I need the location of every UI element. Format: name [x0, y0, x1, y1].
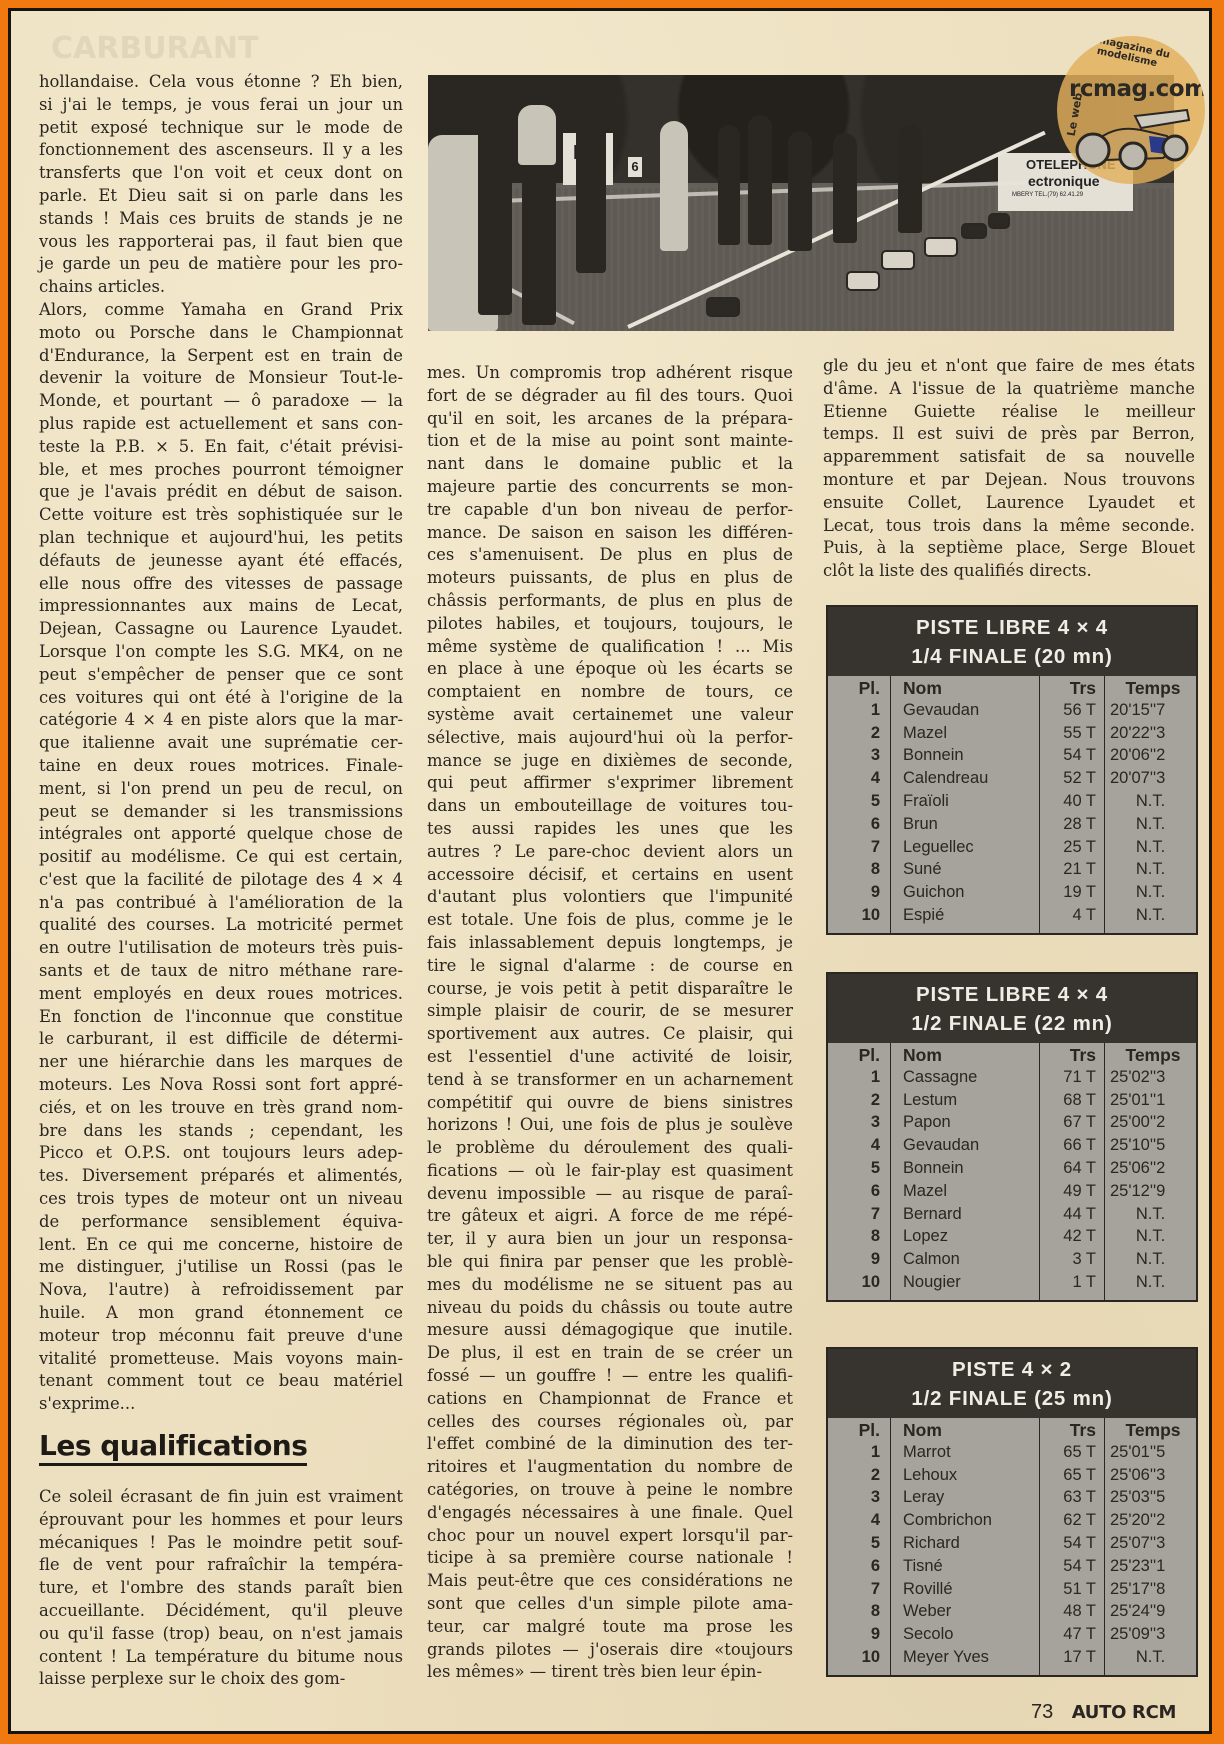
text-line: Alors, comme Yamaha en Grand Prix	[39, 299, 403, 322]
table-row: 10Nougier1 TN.T.	[828, 1271, 1196, 1300]
text-line: course, je vois petit à petit disparaîtr…	[427, 978, 793, 1001]
table-row: 3Papon67 T25'00''2	[828, 1112, 1196, 1135]
text-line: cations en Championnat de France et	[427, 1388, 793, 1411]
table-title-line-1: PISTE 4 × 2	[828, 1355, 1196, 1384]
text-line: En fonction de l'inconnue que constitue	[39, 1006, 403, 1029]
time-cell: 20'06''2	[1105, 745, 1197, 768]
time-cell: N.T.	[1105, 1271, 1197, 1300]
table-row: 8Lopez42 TN.T.	[828, 1226, 1196, 1249]
column-header: Pl.	[828, 676, 891, 699]
time-cell: N.T.	[1105, 904, 1197, 933]
table-row: 3Bonnein54 T20'06''2	[828, 745, 1196, 768]
laps-cell: 68 T	[1040, 1089, 1105, 1112]
text-line: devenu impossible — au risque de paraî-	[427, 1183, 793, 1206]
text-line: Lorsque l'on compte les S.G. MK4, on ne	[39, 641, 403, 664]
table-row: 5Bonnein64 T25'06''2	[828, 1157, 1196, 1180]
text-line: ces voitures qui ont été à l'origine de …	[39, 687, 403, 710]
place-cell: 9	[828, 881, 891, 904]
text-line: ces s'amenuisent. De plus en plus de	[427, 544, 793, 567]
name-cell: Calmon	[891, 1248, 1040, 1271]
table-title-line-2: 1/2 FINALE (22 mn)	[828, 1009, 1196, 1038]
name-cell: Leguellec	[891, 836, 1040, 859]
table-row: 7Leguellec25 TN.T.	[828, 836, 1196, 859]
text-line: Dejean, Cassagne ou Laurence Lyaudet.	[39, 618, 403, 641]
place-cell: 10	[828, 904, 891, 933]
rc-car	[706, 297, 740, 317]
rc-car	[924, 237, 958, 257]
laps-cell: 25 T	[1040, 836, 1105, 859]
place-cell: 7	[828, 1203, 891, 1226]
text-line: dans un embouteillage de voitures tou-	[427, 795, 793, 818]
photo-person	[478, 115, 512, 315]
text-line: devenir la voiture de Monsieur Tout-le-	[39, 367, 403, 390]
table-row: 9Secolo47 T25'09''3	[828, 1623, 1196, 1646]
text-line: sants et de taux de nitro méthane rare-	[39, 960, 403, 983]
table-row: 6Brun28 TN.T.	[828, 813, 1196, 836]
place-cell: 2	[828, 1464, 891, 1487]
text-line: ture, et l'ombre des stands paraît bien	[39, 1577, 403, 1600]
name-cell: Mazel	[891, 1180, 1040, 1203]
column-header: Trs	[1040, 676, 1105, 699]
results-grid: Pl.NomTrsTemps1Cassagne71 T25'02''32Lest…	[828, 1043, 1196, 1300]
laps-cell: 52 T	[1040, 767, 1105, 790]
text-line: moteurs. Les Nova Rossi sont fort appré-	[39, 1074, 403, 1097]
text-line: apparemment satisfait de sa nouvelle	[823, 446, 1195, 469]
text-line: catégories, on trouve à peine le nombre	[427, 1479, 793, 1502]
name-cell: Cassagne	[891, 1066, 1040, 1089]
name-cell: Bonnein	[891, 1157, 1040, 1180]
text-line: peut se demander si les transmissions	[39, 801, 403, 824]
results-grid: Pl.NomTrsTemps1Gevaudan56 T20'15''72Maze…	[828, 676, 1196, 933]
time-cell: 20'07''3	[1105, 767, 1197, 790]
table-row: 8Weber48 T25'24''9	[828, 1601, 1196, 1624]
table-title: PISTE 4 × 2 1/2 FINALE (25 mn)	[828, 1349, 1196, 1418]
place-cell: 6	[828, 1180, 891, 1203]
text-line: si j'ai le temps, je vous ferai un jour …	[39, 94, 403, 117]
rc-car	[846, 271, 880, 291]
table-header-row: Pl.NomTrsTemps	[828, 1043, 1196, 1066]
laps-cell: 28 T	[1040, 813, 1105, 836]
text-line: taine en deux roues motrices. Finale-	[39, 755, 403, 778]
time-cell: 25'12''9	[1105, 1180, 1197, 1203]
laps-cell: 71 T	[1040, 1066, 1105, 1089]
place-cell: 9	[828, 1623, 891, 1646]
name-cell: Weber	[891, 1601, 1040, 1624]
time-cell: 25'17''8	[1105, 1578, 1197, 1601]
text-line: fossé — un gouffre ! — entre les qualifi…	[427, 1365, 793, 1388]
table-row: 1Gevaudan56 T20'15''7	[828, 699, 1196, 722]
text-line: ensuite Collet, Laurence Lyaudet et	[823, 492, 1195, 515]
place-cell: 10	[828, 1271, 891, 1300]
laps-cell: 62 T	[1040, 1509, 1105, 1532]
name-cell: Guichon	[891, 881, 1040, 904]
column-header: Nom	[891, 1418, 1040, 1441]
text-line: clôt la liste des qualifiés directs.	[823, 560, 1195, 583]
laps-cell: 54 T	[1040, 1532, 1105, 1555]
name-cell: Meyer Yves	[891, 1646, 1040, 1675]
table-row: 2Lehoux65 T25'06''3	[828, 1464, 1196, 1487]
text-line: éprouvant pour les hommes et pour leurs	[39, 1509, 403, 1532]
text-line: mesure aussi démagogique que inutile.	[427, 1319, 793, 1342]
photo-person	[788, 131, 812, 251]
table-title-line-1: PISTE LIBRE 4 × 4	[828, 613, 1196, 642]
text-line: tre capable d'un bon niveau de perfor-	[427, 499, 793, 522]
text-line: chains articles.	[39, 276, 403, 299]
text-line: choc pour un nouvel expert lorsqu'il par…	[427, 1525, 793, 1548]
table-row: 4Gevaudan66 T25'10''5	[828, 1134, 1196, 1157]
time-cell: 25'23''1	[1105, 1555, 1197, 1578]
photo-person	[576, 103, 606, 273]
place-cell: 4	[828, 767, 891, 790]
text-line: ble, et mes proches pourront témoigner	[39, 459, 403, 482]
time-cell: 25'03''5	[1105, 1487, 1197, 1510]
name-cell: Mazel	[891, 722, 1040, 745]
text-line: accessoire décisif, et certains en usent	[427, 864, 793, 887]
column-header: Pl.	[828, 1043, 891, 1066]
text-line: que italienne avait une suprématie cer-	[39, 732, 403, 755]
time-cell: 25'10''5	[1105, 1134, 1197, 1157]
text-line: tes aussi rapides les unes que les	[427, 818, 793, 841]
name-cell: Secolo	[891, 1623, 1040, 1646]
banner-line-3: MBERY TEL.(79) 62.41.29	[998, 189, 1133, 198]
text-line: ticipe à sa première course nationale !	[427, 1547, 793, 1570]
place-cell: 4	[828, 1509, 891, 1532]
name-cell: Nougier	[891, 1271, 1040, 1300]
text-line: pilotes habiles, et toujours, toujours, …	[427, 613, 793, 636]
laps-cell: 21 T	[1040, 859, 1105, 882]
laps-cell: 49 T	[1040, 1180, 1105, 1203]
table-row: 7Rovillé51 T25'17''8	[828, 1578, 1196, 1601]
text-line: autres ? Le pare-choc devient alors un	[427, 841, 793, 864]
name-cell: Combrichon	[891, 1509, 1040, 1532]
name-cell: Fraïoli	[891, 790, 1040, 813]
text-line: le carburant, il est difficile de déterm…	[39, 1028, 403, 1051]
name-cell: Papon	[891, 1112, 1040, 1135]
name-cell: Richard	[891, 1532, 1040, 1555]
text-line: me distinguer, j'utilise un Rossi (pas l…	[39, 1256, 403, 1279]
time-cell: 20'22''3	[1105, 722, 1197, 745]
text-line: ritoires et l'augmentation du nombre de	[427, 1456, 793, 1479]
table-row: 10Meyer Yves17 TN.T.	[828, 1646, 1196, 1675]
time-cell: 25'02''3	[1105, 1066, 1197, 1089]
photo-sign-number: 6	[628, 157, 642, 177]
table-row: 7Bernard44 TN.T.	[828, 1203, 1196, 1226]
text-line: sont que celles d'un simple pilote ama-	[427, 1593, 793, 1616]
table-row: 5Richard54 T25'07''3	[828, 1532, 1196, 1555]
table-row: 8Suné21 TN.T.	[828, 859, 1196, 882]
table-header-row: Pl.NomTrsTemps	[828, 676, 1196, 699]
text-line: mance se juge en dixièmes de seconde,	[427, 750, 793, 773]
table-row: 9Guichon19 TN.T.	[828, 881, 1196, 904]
table-row: 5Fraïoli40 TN.T.	[828, 790, 1196, 813]
table-row: 4Combrichon62 T25'20''2	[828, 1509, 1196, 1532]
table-row: 6Tisné54 T25'23''1	[828, 1555, 1196, 1578]
magazine-name: AUTO RCM	[1072, 1702, 1176, 1723]
text-line: l'effet combiné de la diminution des ter…	[427, 1433, 793, 1456]
laps-cell: 66 T	[1040, 1134, 1105, 1157]
laps-cell: 4 T	[1040, 904, 1105, 933]
photo-person	[748, 115, 772, 245]
text-line: est l'essentiel d'une activité de loisir…	[427, 1046, 793, 1069]
column-header: Temps	[1105, 1043, 1197, 1066]
table-row: 3Leray63 T25'03''5	[828, 1487, 1196, 1510]
rc-buggy-icon	[1071, 106, 1191, 170]
laps-cell: 67 T	[1040, 1112, 1105, 1135]
text-line: le problème du déroulement des quali-	[427, 1137, 793, 1160]
text-line: sportivement aux autres. Ce plaisir, qui	[427, 1023, 793, 1046]
text-line: d'âme. A l'issue de la quatrième manche	[823, 378, 1195, 401]
text-line: ou qu'il fasse (trop) beau, on n'est jam…	[39, 1623, 403, 1646]
text-line: monture et par Dejean. Nous trouvons	[823, 469, 1195, 492]
text-line: ble qui finira par penser que les problè…	[427, 1251, 793, 1274]
text-line: fications — où le fair-play est quasimen…	[427, 1160, 793, 1183]
text-line: Monde, et pourtant — ô paradoxe — la	[39, 390, 403, 413]
place-cell: 6	[828, 1555, 891, 1578]
table-header-row: Pl.NomTrsTemps	[828, 1418, 1196, 1441]
place-cell: 10	[828, 1646, 891, 1675]
laps-cell: 65 T	[1040, 1441, 1105, 1464]
laps-cell: 3 T	[1040, 1248, 1105, 1271]
time-cell: N.T.	[1105, 1646, 1197, 1675]
column-2-text: mes. Un compromis trop adhérent risquefo…	[427, 362, 793, 1684]
place-cell: 1	[828, 1441, 891, 1464]
column-1-paragraphs: hollandaise. Cela vous étonne ? Eh bien,…	[39, 71, 403, 1416]
text-line: les mêmes» — tirent très bien leur épin-	[427, 1661, 793, 1684]
text-line: teste la P.B. × 5. En fait, c'était prév…	[39, 436, 403, 459]
text-line: Nova, l'autre) à refroidissement par	[39, 1279, 403, 1302]
place-cell: 8	[828, 1226, 891, 1249]
time-cell: N.T.	[1105, 790, 1197, 813]
laps-cell: 47 T	[1040, 1623, 1105, 1646]
text-line: grands pilotes — j'oserais dire «toujour…	[427, 1639, 793, 1662]
text-line: fle de vent pour rafraîchir la tempéra-	[39, 1554, 403, 1577]
place-cell: 3	[828, 1487, 891, 1510]
text-line: s'exprime...	[39, 1393, 403, 1416]
text-line: moto ou Porsche dans le Championnat	[39, 322, 403, 345]
text-line: d'autant plus volontiers que l'impunité	[427, 886, 793, 909]
text-line: tenant comment tout ce beau matériel	[39, 1370, 403, 1393]
text-line: moteur trop méconnu fait preuve d'une	[39, 1325, 403, 1348]
laps-cell: 17 T	[1040, 1646, 1105, 1675]
name-cell: Gevaudan	[891, 699, 1040, 722]
text-line: est totale. Une fois de plus, comme je l…	[427, 909, 793, 932]
photo-person	[660, 121, 688, 251]
column-header: Nom	[891, 676, 1040, 699]
place-cell: 3	[828, 745, 891, 768]
table-row: 4Calendreau52 T20'07''3	[828, 767, 1196, 790]
text-line: qualité des courses. La motricité permet	[39, 914, 403, 937]
table-row: 2Lestum68 T25'01''1	[828, 1089, 1196, 1112]
place-cell: 1	[828, 699, 891, 722]
time-cell: N.T.	[1105, 1226, 1197, 1249]
text-line: horizons ! Oui, une fois de plus je soul…	[427, 1114, 793, 1137]
text-line: Puis, à la septième place, Serge Blouet	[823, 537, 1195, 560]
place-cell: 7	[828, 836, 891, 859]
photo-person	[833, 133, 857, 243]
laps-cell: 19 T	[1040, 881, 1105, 904]
place-cell: 4	[828, 1134, 891, 1157]
laps-cell: 42 T	[1040, 1226, 1105, 1249]
time-cell: N.T.	[1105, 813, 1197, 836]
text-line: mécaniques ! Pas le moindre petit souf-	[39, 1532, 403, 1555]
place-cell: 8	[828, 859, 891, 882]
text-line: petit exposé technique sur le mode de	[39, 117, 403, 140]
name-cell: Tisné	[891, 1555, 1040, 1578]
text-line: content ! La température du bitume nous	[39, 1646, 403, 1669]
text-line: châssis performants, de plus en plus de	[427, 590, 793, 613]
laps-cell: 64 T	[1040, 1157, 1105, 1180]
name-cell: Bonnein	[891, 745, 1040, 768]
rc-car	[881, 250, 915, 270]
time-cell: 25'06''2	[1105, 1157, 1197, 1180]
laps-cell: 54 T	[1040, 745, 1105, 768]
text-line: huile. A mon grand étonnement ce	[39, 1302, 403, 1325]
name-cell: Rovillé	[891, 1578, 1040, 1601]
place-cell: 9	[828, 1248, 891, 1271]
text-line: elle nous offre des vitesses de passage	[39, 573, 403, 596]
photo-person	[522, 165, 556, 325]
photo-person	[898, 125, 922, 233]
text-line: vitalité prometteuse. Mais voyons main-	[39, 1348, 403, 1371]
table-title-line-2: 1/2 FINALE (25 mn)	[828, 1384, 1196, 1413]
photo-person	[518, 105, 556, 165]
text-line: Mais peut-être que ces considérations ne	[427, 1570, 793, 1593]
text-line: majeure partie des concurrents se mon-	[427, 476, 793, 499]
laps-cell: 40 T	[1040, 790, 1105, 813]
bleed-through-text: CARBURANT	[51, 31, 258, 66]
time-cell: 20'15''7	[1105, 699, 1197, 722]
name-cell: Marrot	[891, 1441, 1040, 1464]
text-line: ter, il y aura bien un jour un responsa-	[427, 1228, 793, 1251]
time-cell: N.T.	[1105, 836, 1197, 859]
name-cell: Lopez	[891, 1226, 1040, 1249]
time-cell: 25'24''9	[1105, 1601, 1197, 1624]
text-line: mes du modélisme ne se situent pas au	[427, 1274, 793, 1297]
text-line: temps. Il est suivi de près par Berron,	[823, 423, 1195, 446]
place-cell: 2	[828, 722, 891, 745]
text-line: je garde un peu de matière pour les pro-	[39, 253, 403, 276]
section-heading-qualifications: Les qualifications	[39, 1430, 307, 1466]
name-cell: Bernard	[891, 1203, 1040, 1226]
table-title: PISTE LIBRE 4 × 4 1/2 FINALE (22 mn)	[828, 974, 1196, 1043]
name-cell: Lestum	[891, 1089, 1040, 1112]
column-1-section-text: Ce soleil écrasant de fin juin est vraim…	[39, 1486, 403, 1691]
text-line: ment employés en deux roues motrices.	[39, 983, 403, 1006]
text-line: nant dans le domaine public et la	[427, 453, 793, 476]
text-line: Lecat, tous trois dans la même seconde.	[823, 515, 1195, 538]
text-line: fais inlassablement depuis longtemps, je	[427, 932, 793, 955]
text-line: tre gâteux et aigri. A force de me répé-	[427, 1205, 793, 1228]
place-cell: 1	[828, 1066, 891, 1089]
text-line: d'engagés nécessaires à une finale. Quel	[427, 1502, 793, 1525]
time-cell: 25'09''3	[1105, 1623, 1197, 1646]
table-row: 1Marrot65 T25'01''5	[828, 1441, 1196, 1464]
time-cell: 25'20''2	[1105, 1509, 1197, 1532]
column-header: Temps	[1105, 1418, 1197, 1441]
place-cell: 8	[828, 1601, 891, 1624]
text-line: qu'il en soit, les arcanes de la prépara…	[427, 408, 793, 431]
text-line: Etienne Guiette réalise le meilleur	[823, 401, 1195, 424]
rc-car	[961, 223, 987, 239]
place-cell: 7	[828, 1578, 891, 1601]
text-line: Cette voiture est très sophistiquée sur …	[39, 504, 403, 527]
laps-cell: 54 T	[1040, 1555, 1105, 1578]
text-line: ciés, et on les trouve en très grand nom…	[39, 1097, 403, 1120]
page-footer: 73 AUTO RCM	[1031, 1701, 1176, 1724]
text-line: laisse perplexe sur le choix des gom-	[39, 1668, 403, 1691]
place-cell: 5	[828, 1532, 891, 1555]
text-line: impressionnantes aux mains de Lecat,	[39, 595, 403, 618]
text-line: transferts que l'on voit et ceux dont on	[39, 162, 403, 185]
text-line: moteurs puissants, de plus en plus de	[427, 567, 793, 590]
text-line: peut s'empêcher de penser que ce sont	[39, 664, 403, 687]
place-cell: 2	[828, 1089, 891, 1112]
rcmag-watermark: magazine du modelisme Le web rcmag.com	[1057, 36, 1205, 184]
table-row: 9Calmon3 TN.T.	[828, 1248, 1196, 1271]
name-cell: Gevaudan	[891, 1134, 1040, 1157]
text-line: tes. Diversement préparés et alimentés,	[39, 1165, 403, 1188]
text-line: fonctionnement des ascenseurs. Il y a le…	[39, 139, 403, 162]
laps-cell: 48 T	[1040, 1601, 1105, 1624]
page-number: 73	[1031, 1701, 1053, 1723]
table-row: 1Cassagne71 T25'02''3	[828, 1066, 1196, 1089]
results-table-quarter-final-4x4: PISTE LIBRE 4 × 4 1/4 FINALE (20 mn) Pl.…	[826, 605, 1198, 935]
time-cell: N.T.	[1105, 881, 1197, 904]
place-cell: 6	[828, 813, 891, 836]
time-cell: 25'06''3	[1105, 1464, 1197, 1487]
rc-car	[988, 213, 1010, 229]
name-cell: Brun	[891, 813, 1040, 836]
column-header: Trs	[1040, 1043, 1105, 1066]
laps-cell: 51 T	[1040, 1578, 1105, 1601]
name-cell: Lehoux	[891, 1464, 1040, 1487]
text-line: tion et de la mise au point sont mainte-	[427, 430, 793, 453]
time-cell: N.T.	[1105, 1248, 1197, 1271]
text-line: fort de se dégrader au fil des tours. Qu…	[427, 385, 793, 408]
text-line: tend à se transformer en un acharnement	[427, 1069, 793, 1092]
text-line: stands ! Mais ces bruits de stands je ne	[39, 208, 403, 231]
text-line: ment, si l'on prend un peu de recul, on	[39, 778, 403, 801]
text-line: De plus, il est en train de se créer un	[427, 1342, 793, 1365]
watermark-site: rcmag.com	[1069, 76, 1205, 102]
laps-cell: 1 T	[1040, 1271, 1105, 1300]
column-header: Trs	[1040, 1418, 1105, 1441]
text-line: de performance sensiblement équiva-	[39, 1211, 403, 1234]
text-line: accueillante. Décidément, qu'il pleuve	[39, 1600, 403, 1623]
text-line: positif au modélisme. Ce qui est certain…	[39, 846, 403, 869]
text-line: en place à une époque où les écarts se	[427, 658, 793, 681]
laps-cell: 65 T	[1040, 1464, 1105, 1487]
results-table-semi-final-4x2: PISTE 4 × 2 1/2 FINALE (25 mn) Pl.NomTrs…	[826, 1347, 1198, 1677]
text-line: Ce soleil écrasant de fin juin est vraim…	[39, 1486, 403, 1509]
text-line: teur, car malgré toute ma prose les	[427, 1616, 793, 1639]
text-line: vous les rapporterai pas, il faut bien q…	[39, 231, 403, 254]
text-line: gle du jeu et n'ont que faire de mes éta…	[823, 355, 1195, 378]
text-line: niveau du poids du châssis ou toute autr…	[427, 1297, 793, 1320]
table-row: 6Mazel49 T25'12''9	[828, 1180, 1196, 1203]
table-title: PISTE LIBRE 4 × 4 1/4 FINALE (20 mn)	[828, 607, 1196, 676]
text-line: compétitif qui ouvre de biens sinistres	[427, 1092, 793, 1115]
name-cell: Leray	[891, 1487, 1040, 1510]
text-line: d'Endurance, la Serpent est en train de	[39, 345, 403, 368]
text-line: système avait certainemet une valeur	[427, 704, 793, 727]
column-header: Nom	[891, 1043, 1040, 1066]
text-line: tire le signal d'alarme : de course en	[427, 955, 793, 978]
table-title-line-2: 1/4 FINALE (20 mn)	[828, 642, 1196, 671]
laps-cell: 44 T	[1040, 1203, 1105, 1226]
article-column-3: gle du jeu et n'ont que faire de mes éta…	[823, 355, 1195, 583]
column-header: Temps	[1105, 676, 1197, 699]
